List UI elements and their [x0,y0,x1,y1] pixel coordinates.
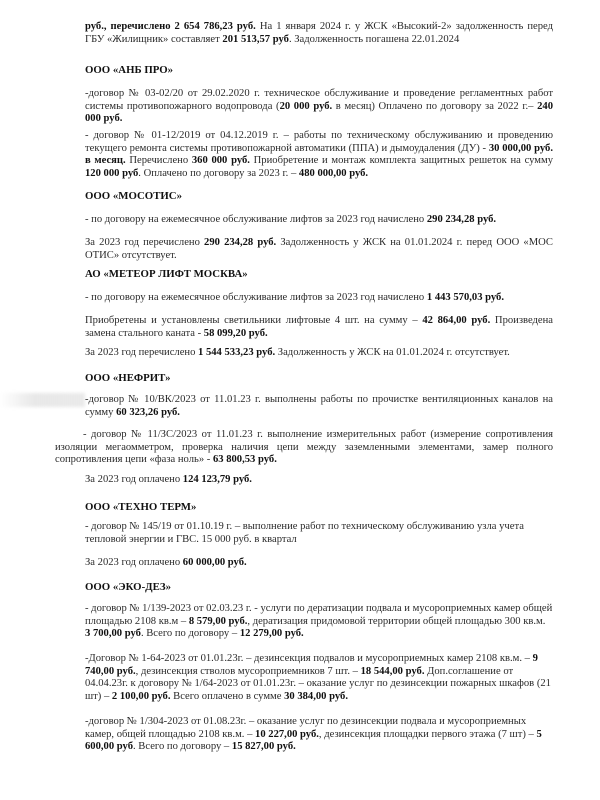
paragraph-anb-pro-1: -договор № 03-02/20 от 29.02.2020 г. тех… [85,88,553,126]
section-title-mosotis: ООО «МОСОТИС» [85,190,182,203]
section-title-tehno-term: ООО «ТЕХНО ТЕРМ» [85,501,196,514]
paragraph-mosotis-1: - по договору на ежемесячное обслуживани… [85,214,553,227]
paragraph-nefrit-2: - договор № 11/ЗС/2023 от 11.01.23 г. вы… [55,429,553,467]
intro-paragraph: руб., перечислено 2 654 786,23 руб. На 1… [85,21,553,46]
paragraph-tehno-term-1: - договор № 145/19 от 01.10.19 г. – выпо… [85,521,553,546]
paragraph-eko-dez-1: - договор № 1/139-2023 от 02.03.23 г. - … [85,603,553,641]
section-title-anb-pro: ООО «АНБ ПРО» [85,64,173,77]
paragraph-eko-dez-3: -договор № 1/304-2023 от 01.08.23г. – ок… [85,716,553,754]
paragraph-nefrit-1: -договор № 10/ВК/2023 от 11.01.23 г. вып… [85,394,553,419]
paragraph-eko-dez-2: -Договор № 1-64-2023 от 01.01.23г. – дез… [85,653,553,703]
section-title-eko-dez: ООО «ЭКО-ДЕЗ» [85,581,171,594]
paragraph-tehno-term-2: За 2023 год оплачено 60 000,00 руб. [85,557,553,570]
section-title-meteor: АО «МЕТЕОР ЛИФТ МОСКВА» [85,268,248,281]
paragraph-meteor-3: За 2023 год перечислено 1 544 533,23 руб… [85,347,553,360]
paragraph-anb-pro-2: - договор № 01-12/2019 от 04.12.2019 г. … [85,130,553,180]
paragraph-mosotis-2: За 2023 год перечислено 290 234,28 руб. … [85,237,553,262]
scan-artifact [0,393,85,407]
section-title-nefrit: ООО «НЕФРИТ» [85,372,170,385]
scanned-document-page: руб., перечислено 2 654 786,23 руб. На 1… [0,0,600,800]
paragraph-nefrit-3: За 2023 год оплачено 124 123,79 руб. [85,474,553,487]
paragraph-meteor-1: - по договору на ежемесячное обслуживани… [85,292,553,305]
paragraph-meteor-2: Приобретены и установлены светильники ли… [85,315,553,340]
